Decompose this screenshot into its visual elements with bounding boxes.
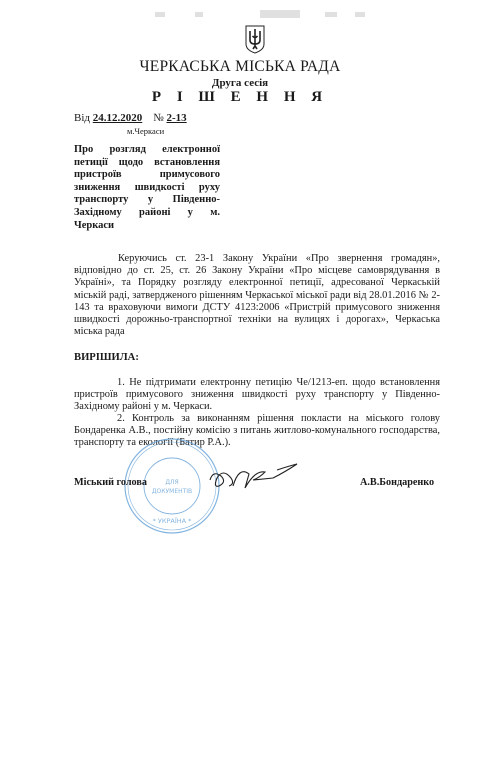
subject-line: Про розгляд електронної [74, 144, 220, 157]
subject-line: транспорту у Південно- [74, 194, 220, 207]
subject-line: зниження швидкості руху [74, 182, 220, 195]
signatory-name: А.В.Бондаренко [360, 477, 434, 488]
session-label: Друга сесія [0, 77, 480, 89]
subject-line: пристроїв примусового [74, 169, 220, 182]
subject-line: петиції щодо встановлення [74, 157, 220, 170]
svg-text:* УКРАЇНА *: * УКРАЇНА * [153, 516, 193, 525]
trident-coat-of-arms-icon [244, 24, 266, 54]
scan-artifact [150, 8, 370, 24]
decision-date: 24.12.2020 [93, 112, 143, 124]
svg-text:ДЛЯ: ДЛЯ [165, 479, 178, 486]
decision-subject: Про розгляд електронної петиції щодо вст… [74, 144, 220, 232]
svg-text:ДОКУМЕНТІВ: ДОКУМЕНТІВ [152, 488, 192, 495]
dateline: Від 24.12.2020 № 2-13 [74, 112, 187, 124]
from-label: Від [74, 112, 90, 124]
resolved-heading: ВИРІШИЛА: [74, 352, 139, 363]
council-name: ЧЕРКАСЬКА МІСЬКА РАДА [0, 58, 480, 76]
decision-number: 2-13 [167, 112, 187, 124]
subject-line: Західному районі у м. [74, 207, 220, 220]
handwritten-signature-icon [205, 456, 305, 496]
subject-line: Черкаси [74, 220, 220, 233]
resolution-item-1: 1. Не підтримати електронну петицію Че/1… [74, 377, 440, 414]
number-label: № [153, 112, 164, 124]
city-label: м.Черкаси [127, 126, 164, 136]
signatory-position: Міський голова [74, 477, 147, 488]
document-title: Р І Ш Е Н Н Я [0, 89, 480, 106]
preamble-paragraph: Керуючись ст. 23-1 Закону України «Про з… [74, 253, 440, 338]
